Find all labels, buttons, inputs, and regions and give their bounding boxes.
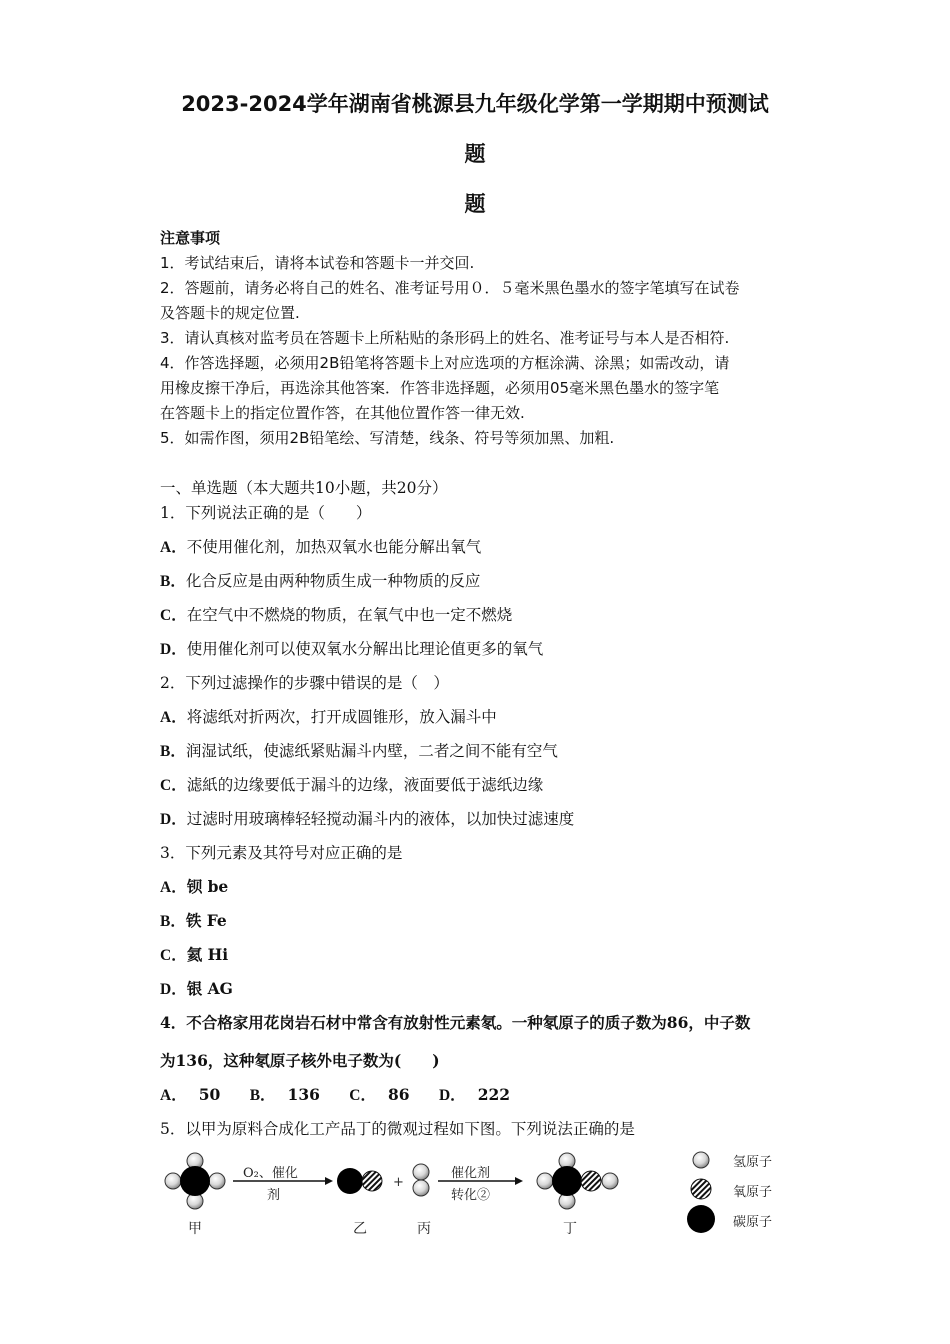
question-2-option-b[interactable]: B．润湿试纸，使滤纸紧贴漏斗内壁，二者之间不能有空气	[160, 739, 558, 761]
question-4-options: A．50 B．136 C．86 D．222	[160, 1083, 534, 1105]
option-text: 136	[288, 1085, 320, 1104]
option-letter: C．	[349, 1087, 376, 1104]
oxygen-atom-icon	[691, 1179, 711, 1199]
option-letter: D．	[160, 641, 187, 658]
option-letter: D．	[160, 981, 187, 998]
notice-item: 在答题卡上的指定位置作答，在其他位置作答一律无效.	[160, 402, 525, 423]
question-4-option-d[interactable]: D．222	[439, 1085, 522, 1104]
question-4-option-b[interactable]: B．136	[250, 1085, 332, 1104]
legend-hydrogen-label: 氢原子	[733, 1151, 772, 1170]
question-3-option-b[interactable]: B．铁 Fe	[160, 909, 227, 931]
label-yi: 乙	[353, 1218, 367, 1238]
option-text: 润湿试纸，使滤纸紧贴漏斗内壁，二者之间不能有空气	[186, 742, 558, 760]
option-text: 氦 Hi	[187, 945, 228, 964]
notice-item: 3．请认真核对监考员在答题卡上所粘贴的条形码上的姓名、准考证号与本人是否相符.	[160, 327, 729, 348]
label-bing: 丙	[417, 1218, 431, 1238]
hydrogen-atom-icon	[693, 1152, 709, 1168]
notice-item: 1．考试结束后，请将本试卷和答题卡一并交回.	[160, 252, 474, 273]
option-text: 滤紙的边缘要低于漏斗的边缘，液面要低于滤纸边缘	[187, 776, 544, 794]
question-1-option-c[interactable]: C．在空气中不燃烧的物质，在氧气中也一定不燃烧	[160, 603, 512, 625]
question-1-option-b[interactable]: B．化合反应是由两种物质生成一种物质的反应	[160, 569, 480, 591]
arrow2-condition-bottom: 转化②	[451, 1184, 490, 1203]
option-text: 使用催化剂可以使双氧水分解出比理论值更多的氧气	[187, 640, 544, 658]
question-4-stem: 4．不合格家用花岗岩石材中常含有放射性元素氡。一种氡原子的质子数为86，中子数	[160, 1011, 750, 1033]
notice-item: 2．答题前，请务必将自己的姓名、准考证号用０．５毫米黑色墨水的签字笔填写在试卷	[160, 277, 740, 298]
reaction-diagram: + O₂、催化 剂 催化剂	[155, 1148, 795, 1243]
molecule-ding-icon	[537, 1153, 618, 1209]
option-text: 222	[478, 1085, 510, 1104]
option-letter: C．	[160, 777, 187, 794]
section-heading: 一、单选题（本大题共10小题，共20分）	[160, 476, 447, 498]
notice-heading: 注意事项	[160, 227, 220, 248]
question-1-stem: 1．下列说法正确的是（ ）	[160, 501, 371, 523]
option-letter: D．	[439, 1087, 466, 1104]
question-3-stem: 3．下列元素及其符号对应正确的是	[160, 841, 402, 863]
option-text: 在空气中不燃烧的物质，在氧气中也一定不燃烧	[187, 606, 513, 624]
option-text: 不使用催化剂，加热双氧水也能分解出氧气	[187, 538, 482, 556]
question-3-option-c[interactable]: C．氦 Hi	[160, 943, 228, 965]
question-4-stem-continued: 为136，这种氡原子核外电子数为( )	[160, 1049, 440, 1071]
option-letter: B．	[250, 1087, 276, 1104]
option-letter: A．	[160, 709, 187, 726]
option-letter: A．	[160, 879, 187, 896]
option-text: 50	[199, 1085, 221, 1104]
question-2-option-d[interactable]: D．过滤时用玻璃棒轻轻搅动漏斗内的液体，以加快过滤速度	[160, 807, 574, 829]
question-2-stem: 2．下列过滤操作的步骤中错误的是（ ）	[160, 671, 449, 693]
question-5-stem: 5．以甲为原料合成化工产品丁的微观过程如下图。下列说法正确的是	[160, 1117, 635, 1139]
molecule-jia-icon	[165, 1153, 225, 1209]
option-text: 铁 Fe	[186, 911, 227, 930]
option-letter: A．	[160, 539, 187, 556]
option-text: 86	[388, 1085, 410, 1104]
legend-oxygen-label: 氧原子	[733, 1181, 772, 1200]
option-letter: B．	[160, 743, 186, 760]
question-1-option-d[interactable]: D．使用催化剂可以使双氧水分解出比理论值更多的氧气	[160, 637, 543, 659]
notice-item: 及答题卡的规定位置.	[160, 302, 300, 323]
question-2-option-a[interactable]: A．将滤纸对折两次，打开成圆锥形，放入漏斗中	[160, 705, 497, 727]
question-1-option-a[interactable]: A．不使用催化剂，加热双氧水也能分解出氧气	[160, 535, 481, 557]
option-text: 过滤时用玻璃棒轻轻搅动漏斗内的液体，以加快过滤速度	[187, 810, 575, 828]
carbon-atom-icon	[687, 1205, 715, 1233]
question-3-option-d[interactable]: D．银 AG	[160, 977, 233, 999]
option-letter: C．	[160, 947, 187, 964]
question-4-option-a[interactable]: A．50	[160, 1085, 232, 1104]
option-text: 钡 be	[187, 877, 229, 896]
svg-text:+: +	[393, 1175, 404, 1190]
label-jia: 甲	[188, 1218, 202, 1238]
label-ding: 丁	[563, 1218, 577, 1238]
arrow2-condition-top: 催化剂	[451, 1162, 490, 1181]
molecule-yi-icon	[337, 1168, 382, 1194]
option-letter: C．	[160, 607, 187, 624]
option-letter: B．	[160, 913, 186, 930]
notice-item: 4．作答选择题，必须用2B铅笔将答题卡上对应选项的方框涂满、涂黑；如需改动，请	[160, 352, 729, 373]
option-text: 银 AG	[187, 979, 233, 998]
page-title-repeat: 题	[0, 188, 950, 218]
molecule-bing-icon	[413, 1164, 429, 1196]
arrow1-condition-top: O₂、催化	[243, 1162, 298, 1181]
page-title: 2023-2024学年湖南省桃源县九年级化学第一学期期中预测试	[0, 88, 950, 118]
option-text: 化合反应是由两种物质生成一种物质的反应	[186, 572, 481, 590]
option-letter: B．	[160, 573, 186, 590]
page-title-continued: 题	[0, 138, 950, 168]
notice-item: 5．如需作图，须用2B铅笔绘、写清楚，线条、符号等须加黑、加粗.	[160, 427, 614, 448]
notice-item: 用橡皮擦干净后，再选涂其他答案．作答非选择题，必须用05毫米黑色墨水的签字笔	[160, 377, 719, 398]
arrow1-condition-bottom: 剂	[267, 1184, 280, 1203]
question-2-option-c[interactable]: C．滤紙的边缘要低于漏斗的边缘，液面要低于滤纸边缘	[160, 773, 543, 795]
option-letter: A．	[160, 1087, 187, 1104]
legend-carbon-label: 碳原子	[733, 1211, 772, 1230]
exam-page: 2023-2024学年湖南省桃源县九年级化学第一学期期中预测试 题 题 注意事项…	[0, 0, 950, 1344]
option-letter: D．	[160, 811, 187, 828]
question-4-option-c[interactable]: C．86	[349, 1085, 421, 1104]
question-3-option-a[interactable]: A．钡 be	[160, 875, 228, 897]
option-text: 将滤纸对折两次，打开成圆锥形，放入漏斗中	[187, 708, 497, 726]
